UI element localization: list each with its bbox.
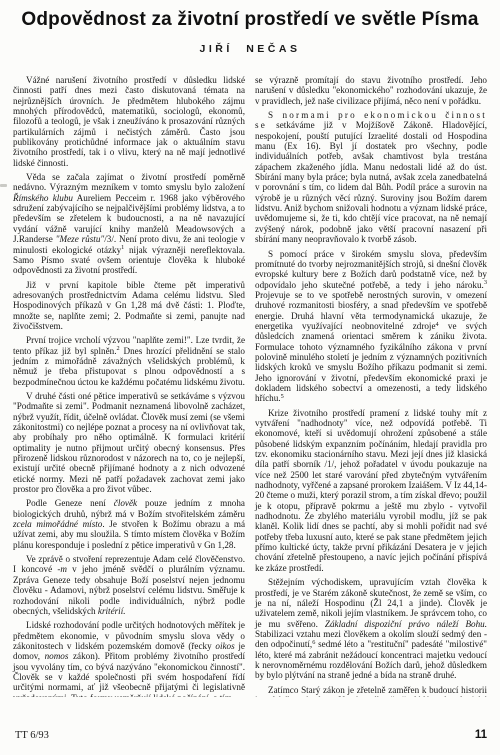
paragraph: Vážné narušení životního prostředí v důs… (13, 75, 245, 168)
paragraph: Lidské rozhodování podle určitých hodnot… (13, 620, 245, 697)
text-segment: Lidské rozhodování podle určitých hodnot… (13, 620, 245, 651)
footnote-marker: 3 (484, 279, 487, 286)
issue-label: TT 6/93 (15, 730, 49, 741)
paragraph: Stěžejním východiskem, upravujícím vztah… (255, 577, 487, 680)
text-segment: nomos (45, 651, 69, 661)
paragraph: Zatímco Starý zákon je zřetelně zaměřen … (255, 685, 487, 697)
text-segment: kritérií. (98, 606, 126, 616)
text-segment: V druhé části oné pětice imperativů se s… (13, 391, 245, 494)
footnote-marker: 1 (121, 244, 124, 251)
text-segment: člověk (114, 498, 137, 508)
text-segment: Podle Geneze není (26, 498, 114, 508)
magazine-page: Odpovědnost za životní prostředí ve svět… (0, 0, 500, 755)
scan-artifact (0, 184, 7, 187)
text-segment: setkáváme již v Mojžíšově Zákoně. Hladov… (255, 120, 487, 244)
paragraph: S pomocí práce v širokém smyslu slova, p… (255, 249, 487, 404)
text-segment: Věda se začala zajímat o životní prostře… (13, 172, 245, 192)
paragraph: se výrazně promítají do stavu životního … (255, 75, 487, 106)
text-column: se výrazně promítají do stavu životního … (255, 75, 487, 697)
text-segment: Základní dispoziční právo náleží Bohu. (325, 619, 487, 629)
text-column: Vážné narušení životního prostředí v důs… (13, 75, 245, 697)
paragraph: Ve zprávě o stvoření reprezentuje Adam c… (13, 554, 245, 616)
text-segment: ve svých důsledcích znamená orientaci sm… (255, 321, 487, 403)
paragraph: Podle Geneze není člověk pouze jedním z … (13, 498, 245, 550)
text-segment: Zatímco Starý zákon je zřetelně zaměřen … (255, 685, 487, 697)
paragraph: S normami pro ekonomickou činnost se set… (255, 110, 487, 244)
text-segment: Vážné narušení životního prostředí v důs… (13, 75, 245, 168)
page-footer: TT 6/93 11 (15, 729, 487, 741)
footnote-marker: 6 (312, 639, 315, 646)
article-title: Odpovědnost za životní prostředí ve svět… (14, 9, 486, 31)
paragraph: První trojice vrcholí výzvou "naplňte ze… (13, 335, 245, 387)
paragraph: Již v první kapitole bible čteme pět imp… (13, 280, 245, 332)
text-segment: Krize životního prostředí pramení z lids… (255, 408, 487, 573)
text-segment: oikos (215, 641, 234, 651)
text-segment: "Meze růstu" (56, 234, 105, 244)
text-segment: -m (57, 564, 67, 574)
author-name: JIŘÍ NEČAS (0, 43, 500, 55)
paragraph: Krize životního prostředí pramení z lids… (255, 408, 487, 574)
text-segment: se výrazně promítají do stavu životního … (255, 75, 487, 106)
text-segment: zcela mimořádné místo (13, 519, 102, 529)
paragraph: V druhé části oné pětice imperativů se s… (13, 391, 245, 494)
page-number: 11 (475, 729, 487, 741)
text-segment: Římského klubu (13, 193, 73, 203)
footnote-marker: 5 (281, 393, 284, 400)
paragraph: Věda se začala zajímat o životní prostře… (13, 172, 245, 275)
text-segment: Již v první kapitole bible čteme pět imp… (13, 280, 245, 331)
footnote-marker: 2 (116, 345, 119, 352)
text-segment: S pomocí práce v širokém smyslu slova, p… (255, 249, 487, 290)
article-body: Vážné narušení životního prostředí v důs… (0, 75, 500, 697)
footnote-marker: 4 (436, 321, 439, 328)
